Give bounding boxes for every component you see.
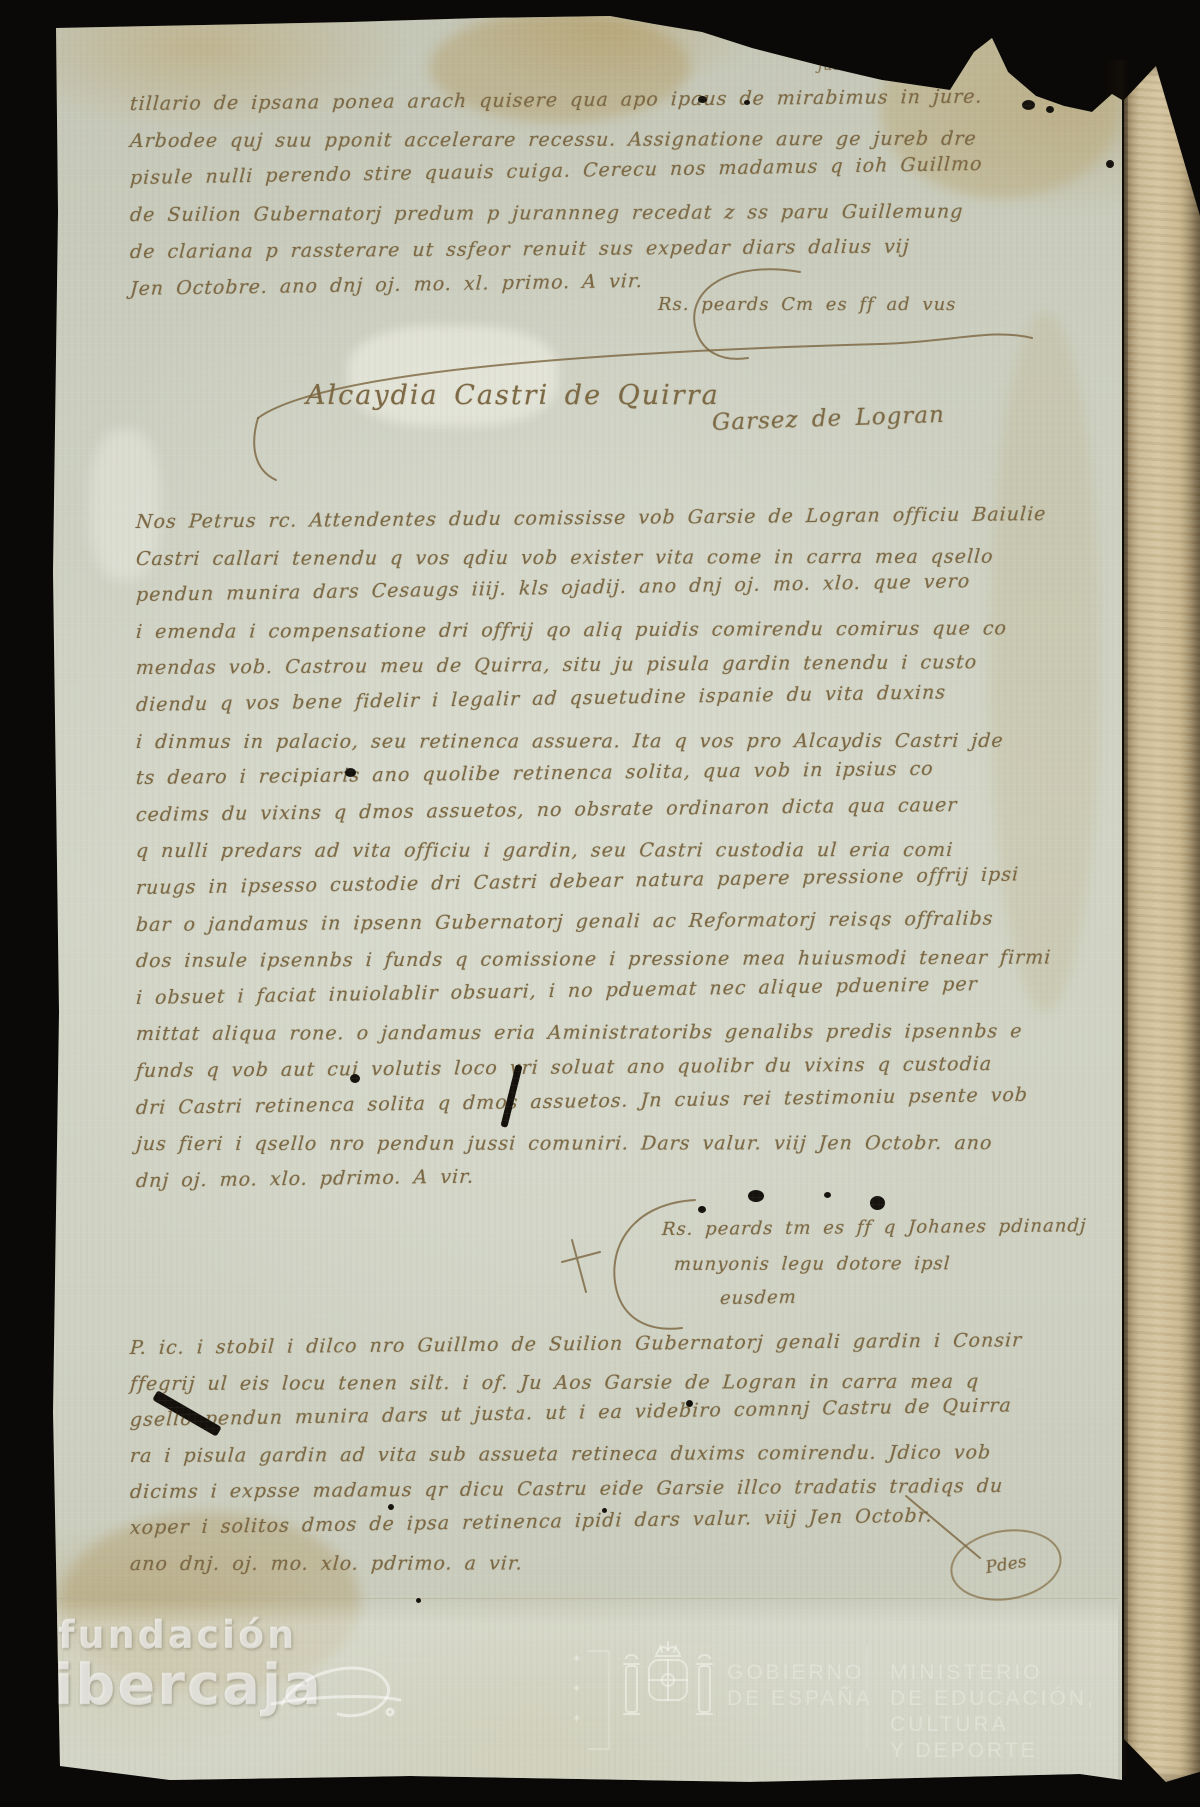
ink-blot xyxy=(1046,106,1054,113)
chancery-note-top: Rs. peards Cm es ff ad vus xyxy=(658,294,956,315)
ink-blot xyxy=(416,1598,421,1603)
paragraph-main-grant: Nos Petrus rc. Attendentes dudu comissis… xyxy=(136,504,946,1199)
ink-blot xyxy=(1022,100,1035,110)
manuscript-line: tillario de ipsana ponea arach quisere q… xyxy=(129,79,931,123)
ink-blot xyxy=(686,1400,693,1407)
ink-blot xyxy=(698,96,707,103)
marginal-gloss: jusata xyxy=(818,58,867,74)
ink-blot xyxy=(748,1190,764,1202)
manuscript-line: ano dnj. oj. mo. xlo. pdrimo. a vir. xyxy=(129,1545,946,1582)
manuscript-line: de Suilion Gubernatorj predum p jurannne… xyxy=(129,194,931,234)
addressee-name: Garsez de Logran xyxy=(712,402,946,436)
ink-blot xyxy=(350,1074,360,1083)
star-icon: ✶ xyxy=(572,1712,581,1725)
ink-blot xyxy=(744,100,750,105)
backing-sheet-edge xyxy=(54,1598,1118,1781)
stain xyxy=(990,312,1100,1012)
manuscript-line: Rs. peards tm es ff q Johanes pdinandj xyxy=(661,1208,1088,1247)
ink-blot xyxy=(345,768,356,777)
star-icon: ✶ xyxy=(572,1682,581,1695)
manuscript-line: Nos Petrus rc. Attendentes dudu comissis… xyxy=(135,497,947,541)
chancery-subscription: Rs. peards tm es ff q Johanes pdinandjmu… xyxy=(662,1212,1087,1317)
ink-blot xyxy=(824,1192,831,1198)
paragraph-executory: P. ic. i stobil i dilco nro Guillmo de S… xyxy=(130,1330,945,1582)
manuscript-scan: jusata tillario de ipsana ponea arach qu… xyxy=(0,0,1200,1807)
manuscript-line: ra i pisula gardin ad vita sub assueta r… xyxy=(129,1435,946,1474)
registration-mark: Pdes xyxy=(945,1522,1067,1609)
ink-blot xyxy=(698,1206,706,1213)
star-icon: ✶ xyxy=(572,1652,581,1665)
ink-blot xyxy=(1106,160,1114,168)
paragraph-first-entry: tillario de ipsana ponea arach quisere q… xyxy=(130,86,930,308)
registration-mark-text: Pdes xyxy=(984,1552,1028,1578)
repair-patch xyxy=(348,326,558,426)
manuscript-page: jusata tillario de ipsana ponea arach qu… xyxy=(50,12,1122,1786)
ink-blot xyxy=(602,1508,607,1513)
manuscript-line: bar o jandamus in ipsenn Gubernatorj gen… xyxy=(135,900,947,943)
manuscript-line: eusdem xyxy=(661,1275,1087,1317)
ink-blot xyxy=(870,1196,885,1210)
ink-blot xyxy=(388,1504,394,1510)
adjacent-page-edge xyxy=(1124,66,1200,1782)
manuscript-line: P. ic. i stobil i dilco nro Guillmo de S… xyxy=(129,1323,946,1366)
entry-heading: Alcaydia Castri de Quirra xyxy=(306,380,720,411)
